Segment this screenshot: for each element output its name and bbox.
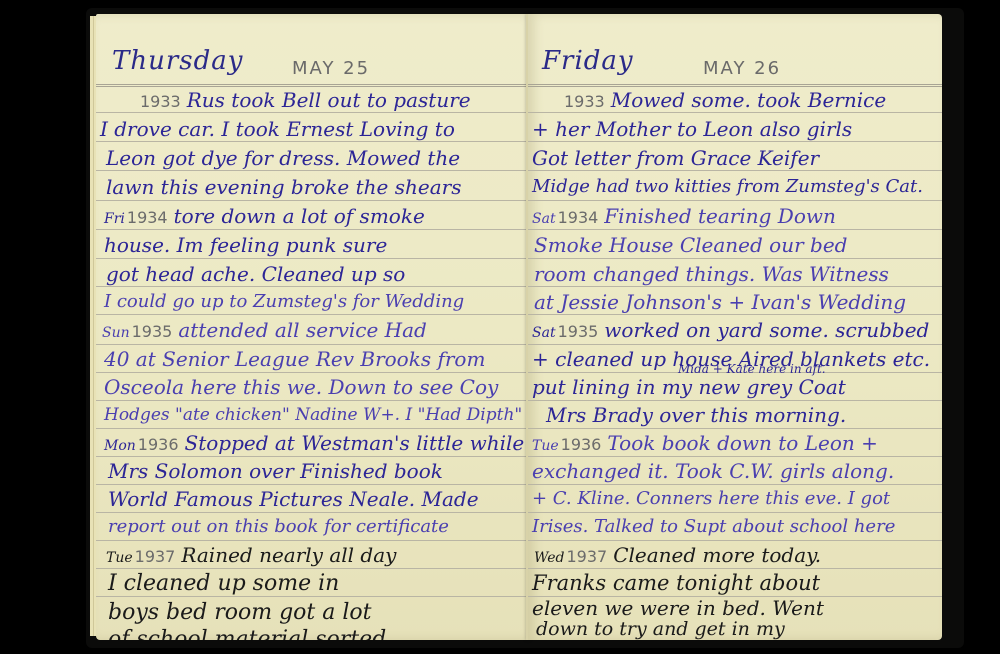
entry-1937-line-2: I cleaned up some in <box>108 572 339 596</box>
entry-1933-line-1: 1933Mowed some. took Bernice <box>564 88 886 114</box>
ruled-line <box>528 540 942 541</box>
entry-year: 1934 <box>127 208 168 227</box>
entry-year: 1933 <box>564 92 605 111</box>
ruled-line <box>96 596 538 597</box>
left-page-date: MAY 25 <box>292 58 370 79</box>
ruled-line <box>528 314 942 315</box>
ruled-line <box>96 484 538 485</box>
ruled-line <box>96 512 538 513</box>
ruled-line <box>96 428 538 429</box>
ruled-line <box>96 314 538 315</box>
weekday-note: Sat <box>532 325 556 341</box>
entry-1935-line-1: Sat1935worked on yard some. scrubbed <box>532 318 929 345</box>
entry-1936-line-3: World Famous Pictures Neale. Made <box>108 487 479 511</box>
entry-year: 1937 <box>135 547 176 566</box>
ruled-line <box>528 484 942 485</box>
entry-text: attended all service Had <box>178 318 427 342</box>
entry-1936-line-4: Irises. Talked to Supt about school here <box>532 515 895 539</box>
ruled-line <box>528 170 942 171</box>
ruled-line <box>96 258 538 259</box>
entry-1935-line-2: 40 at Senior League Rev Brooks from <box>104 347 485 371</box>
entry-1937-line-1: Wed1937Cleaned more today. <box>534 543 821 570</box>
entry-1936-line-2: exchanged it. Took C.W. girls along. <box>532 459 894 483</box>
entry-1933-line-3: Leon got dye for dress. Mowed the <box>106 146 460 170</box>
entry-text: Rus took Bell out to pasture <box>187 88 471 112</box>
entry-1934-line-3: got head ache. Cleaned up so <box>106 262 405 286</box>
entry-1935-line-3: put lining in my new grey Coat <box>532 375 846 399</box>
entry-1937-line-3: boys bed room got a lot <box>108 601 371 625</box>
entry-year: 1937 <box>567 547 608 566</box>
entry-text: Finished tearing Down <box>604 204 836 228</box>
ruled-line <box>528 200 942 201</box>
right-page-day: Friday <box>542 46 634 76</box>
entry-year: 1935 <box>132 322 173 341</box>
entry-1933-line-4: lawn this evening broke the shears <box>106 175 461 199</box>
entry-1934-line-3: room changed things. Was Witness <box>534 262 889 286</box>
ruled-line <box>528 141 942 142</box>
ruled-line <box>528 258 942 259</box>
left-page-day: Thursday <box>112 46 243 76</box>
entry-1936-line-1: Mon1936Stopped at Westman's little while <box>104 431 524 458</box>
entry-text: Rained nearly all day <box>181 543 396 567</box>
weekday-note: Tue <box>532 438 559 454</box>
weekday-note: Sat <box>532 211 556 227</box>
weekday-note: Wed <box>534 550 565 566</box>
entry-text: Mowed some. took Bernice <box>611 88 886 112</box>
entry-1934-line-1: Fri1934tore down a lot of smoke <box>104 204 425 231</box>
entry-1935-line-1: Sun1935attended all service Had <box>102 318 427 345</box>
ruled-line <box>96 540 538 541</box>
entry-1934-line-2: house. Im feeling punk sure <box>104 233 387 257</box>
entry-1936-line-1: Tue1936Took book down to Leon + <box>532 431 878 458</box>
entry-text: Cleaned more today. <box>613 543 821 567</box>
entry-1933-line-2: + her Mother to Leon also girls <box>532 117 852 141</box>
entry-1933-line-4: Midge had two kitties from Zumsteg's Cat… <box>532 175 923 199</box>
entry-1935-line-4: Hodges "ate chicken" Nadine W+. I "Had D… <box>104 403 522 427</box>
ruled-line <box>96 400 538 401</box>
entry-year: 1933 <box>140 92 181 111</box>
ruled-line <box>96 286 538 287</box>
weekday-note: Fri <box>104 211 125 227</box>
entry-year: 1936 <box>138 435 179 454</box>
entry-1936-line-2: Mrs Solomon over Finished book <box>108 459 443 483</box>
ruled-line <box>96 170 538 171</box>
header-rule <box>96 84 538 87</box>
ruled-line <box>528 428 942 429</box>
interlinear-note: Mida + Kate here in aft. <box>678 363 826 375</box>
entry-1935-line-3: Osceola here this we. Down to see Coy <box>104 375 498 399</box>
ruled-line <box>96 200 538 201</box>
weekday-note: Mon <box>104 438 136 454</box>
entry-text: Took book down to Leon + <box>607 431 878 455</box>
entry-1934-line-1: Sat1934Finished tearing Down <box>532 204 836 231</box>
entry-1935-line-4: Mrs Brady over this morning. <box>546 403 846 427</box>
entry-1933-line-2: I drove car. I took Ernest Loving to <box>100 117 455 141</box>
entry-1937-line-4: of school material sorted <box>108 628 386 640</box>
right-page: Friday MAY 26 1933Mowed some. took Berni… <box>528 14 942 640</box>
entry-1937-line-1: Tue1937Rained nearly all day <box>106 543 396 570</box>
ruled-line <box>528 286 942 287</box>
ruled-line <box>528 400 942 401</box>
entry-year: 1936 <box>561 435 602 454</box>
entry-text: Stopped at Westman's little while <box>185 431 525 455</box>
entry-year: 1934 <box>558 208 599 227</box>
weekday-note: Tue <box>106 550 133 566</box>
entry-1936-line-4: report out on this book for certificate <box>108 515 449 539</box>
left-page: Thursday MAY 25 1933Rus took Bell out to… <box>96 14 538 640</box>
entry-1934-line-2: Smoke House Cleaned our bed <box>534 233 847 257</box>
entry-1937-line-5: school but folks not home <box>550 636 798 640</box>
entry-1933-line-3: Got letter from Grace Keifer <box>532 146 819 170</box>
entry-1934-line-4: I could go up to Zumsteg's for Wedding <box>104 290 464 314</box>
header-rule <box>528 84 942 87</box>
ruled-line <box>96 141 538 142</box>
entry-text: worked on yard some. scrubbed <box>604 318 929 342</box>
entry-year: 1935 <box>558 322 599 341</box>
entry-1933-line-1: 1933Rus took Bell out to pasture <box>140 88 471 114</box>
entry-1937-line-2: Franks came tonight about <box>532 571 820 595</box>
entry-1936-line-3: + C. Kline. Conners here this eve. I got <box>532 487 890 511</box>
ruled-line <box>96 372 538 373</box>
weekday-note: Sun <box>102 325 130 341</box>
entry-1934-line-4: at Jessie Johnson's + Ivan's Wedding <box>534 290 906 314</box>
entry-text: tore down a lot of smoke <box>174 204 425 228</box>
ruled-line <box>528 512 942 513</box>
right-page-date: MAY 26 <box>703 58 781 79</box>
